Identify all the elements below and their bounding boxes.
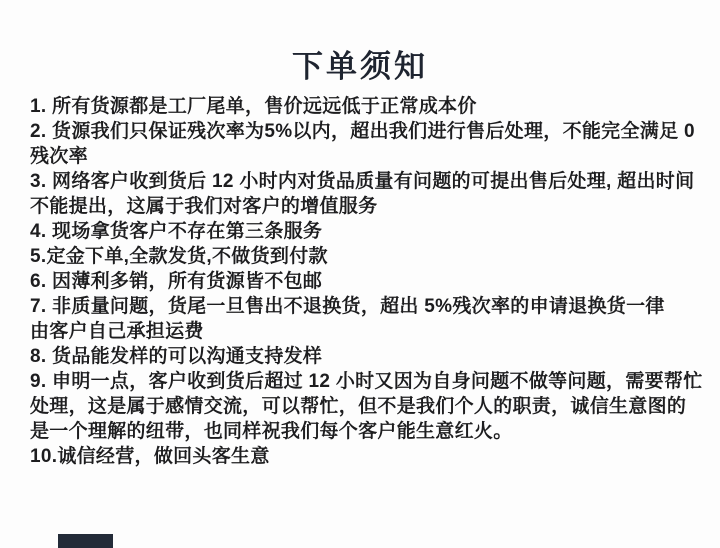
notice-line: 4. 现场拿货客户不存在第三条服务 — [30, 219, 696, 244]
notice-page: 下单须知 1. 所有货源都是工厂尾单，售价远远低于正常成本价 2. 货源我们只保… — [0, 0, 720, 548]
notice-line: 10.诚信经营，做回头客生意 — [30, 444, 696, 469]
notice-line: 1. 所有货源都是工厂尾单，售价远远低于正常成本价 — [30, 94, 696, 119]
notice-line: 6. 因薄利多销，所有货源皆不包邮 — [30, 269, 696, 294]
notice-line: 不能提出，这属于我们对客户的增值服务 — [30, 194, 696, 219]
notice-line: 8. 货品能发样的可以沟通支持发样 — [30, 344, 696, 369]
notice-line: 残次率 — [30, 144, 696, 169]
notice-line: 3. 网络客户收到货后 12 小时内对货品质量有问题的可提出售后处理, 超出时间 — [30, 169, 696, 194]
notice-line: 2. 货源我们只保证残次率为5%以内，超出我们进行售后处理，不能完全满足 0 — [30, 119, 696, 144]
notice-line: 5.定金下单,全款发货,不做货到付款 — [30, 244, 696, 269]
page-title: 下单须知 — [0, 48, 720, 86]
notice-line: 由客户自己承担运费 — [30, 319, 696, 344]
bottom-left-mark — [58, 534, 113, 548]
notice-line: 7. 非质量问题，货尾一旦售出不退换货，超出 5%残次率的申请退换货一律 — [30, 294, 696, 319]
notice-line: 处理，这是属于感情交流，可以帮忙，但不是我们个人的职责，诚信生意图的 — [30, 394, 696, 419]
notice-line: 9. 申明一点，客户收到货后超过 12 小时又因为自身问题不做等问题，需要帮忙 — [30, 369, 696, 394]
notice-body: 1. 所有货源都是工厂尾单，售价远远低于正常成本价 2. 货源我们只保证残次率为… — [30, 94, 696, 469]
notice-line: 是一个理解的纽带，也同样祝我们每个客户能生意红火。 — [30, 419, 696, 444]
